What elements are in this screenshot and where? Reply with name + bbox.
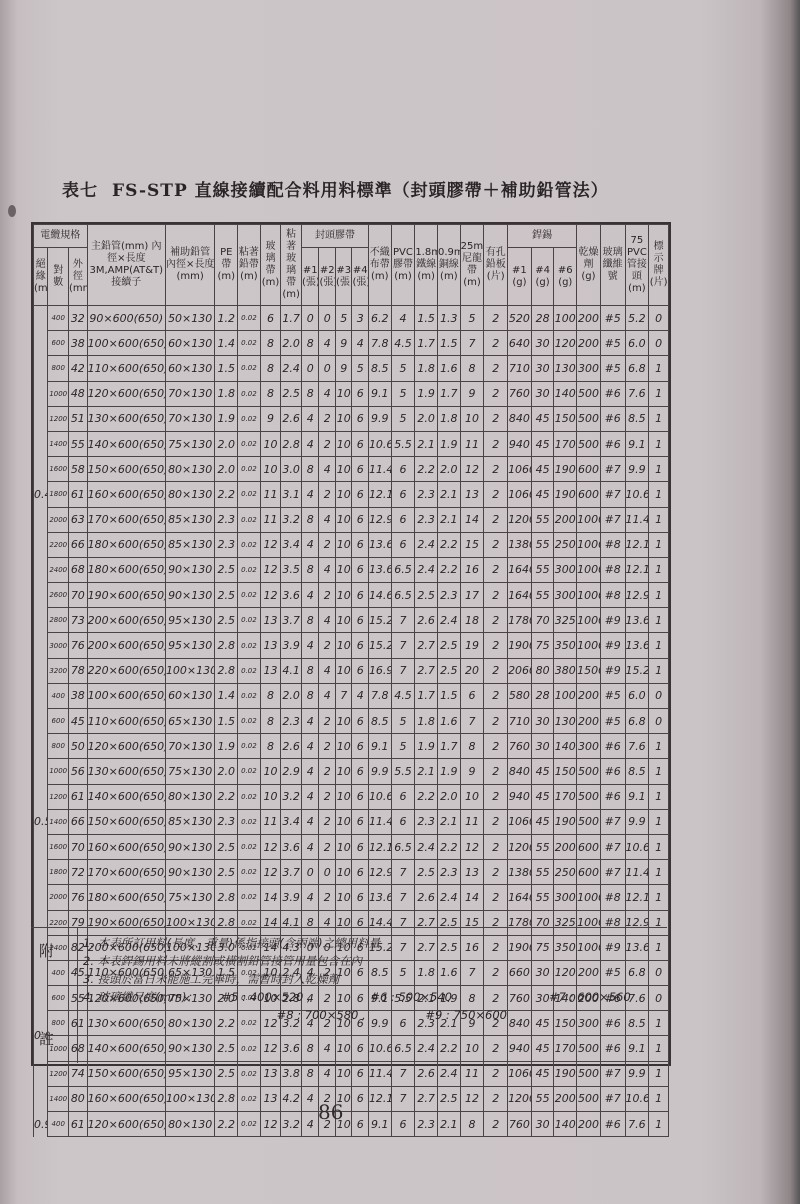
table-cell: 1 bbox=[649, 381, 669, 406]
table-cell: 10 bbox=[260, 784, 281, 809]
table-cell: 45 bbox=[531, 1061, 554, 1086]
header-end-cap-4: #4 (張) bbox=[352, 248, 368, 306]
table-row: 160070160×600(650)90×1302.50.02123.64210… bbox=[34, 834, 669, 859]
table-cell: 60×130 bbox=[165, 356, 214, 381]
header-iron-wire: 1.8mm 鐵線 (m) bbox=[415, 225, 438, 306]
table-cell: #6 bbox=[600, 784, 625, 809]
table-cell: 110×600(650) bbox=[87, 356, 165, 381]
table-cell: 13 bbox=[260, 633, 281, 658]
table-cell: 90×130 bbox=[165, 860, 214, 885]
table-cell: 51 bbox=[69, 406, 88, 431]
header-end-cap-3: #3 (張) bbox=[335, 248, 351, 306]
table-cell: 70×130 bbox=[165, 734, 214, 759]
table-cell: 61 bbox=[69, 482, 88, 507]
table-cell: #7 bbox=[600, 457, 625, 482]
table-cell: 2400 bbox=[48, 557, 69, 582]
table-cell: 2 bbox=[484, 431, 508, 456]
table-cell: 2.6 bbox=[415, 885, 438, 910]
table-cell: 10 bbox=[460, 784, 484, 809]
table-cell: 13 bbox=[460, 860, 484, 885]
table-cell: 1000 bbox=[48, 759, 69, 784]
header-glass-fiber-size: 玻璃纖維號 bbox=[600, 225, 625, 306]
table-cell: 19 bbox=[460, 633, 484, 658]
table-cell: 2 bbox=[319, 482, 335, 507]
table-cell: 38 bbox=[69, 683, 88, 708]
table-row: 200076180×600(650)75×1302.80.02143.94210… bbox=[34, 885, 669, 910]
table-cell: 500 bbox=[577, 1061, 601, 1086]
table-cell: 2 bbox=[484, 784, 508, 809]
table-cell: 70×130 bbox=[165, 406, 214, 431]
table-cell: 8 bbox=[301, 683, 319, 708]
table-cell: 4 bbox=[301, 1112, 319, 1137]
table-cell: 1.9 bbox=[415, 381, 438, 406]
table-cell: 4 bbox=[301, 583, 319, 608]
table-cell: 6 bbox=[352, 784, 368, 809]
table-cell: 120 bbox=[554, 331, 577, 356]
table-cell: 78 bbox=[69, 658, 88, 683]
table-cell: 500 bbox=[577, 1086, 601, 1111]
table-cell: 250 bbox=[554, 532, 577, 557]
header-perforated-lead: 有孔鉛板 (片) bbox=[484, 225, 508, 306]
table-cell: 200 bbox=[554, 834, 577, 859]
table-cell: 5.5 bbox=[391, 431, 415, 456]
table-cell: 10 bbox=[335, 834, 351, 859]
table-cell: 8 bbox=[260, 331, 281, 356]
table-cell: 1 bbox=[649, 658, 669, 683]
table-cell: 800 bbox=[48, 356, 69, 381]
size-5: #5 : 400×520 , bbox=[222, 988, 337, 1006]
table-cell: 45 bbox=[531, 406, 554, 431]
table-cell: 2.0 bbox=[215, 431, 238, 456]
table-cell: 170 bbox=[554, 784, 577, 809]
table-cell: 5 bbox=[391, 734, 415, 759]
table-cell: 2 bbox=[484, 683, 508, 708]
table-cell: 70 bbox=[531, 608, 554, 633]
table-cell: 130 bbox=[554, 356, 577, 381]
table-row: 320078220×600(650)100×1302.80.02134.1841… bbox=[34, 658, 669, 683]
table-cell: 70 bbox=[69, 583, 88, 608]
table-cell: 300 bbox=[554, 583, 577, 608]
table-cell: 90×600(650) bbox=[87, 306, 165, 331]
table-cell: 500 bbox=[577, 759, 601, 784]
table-cell: 13 bbox=[460, 482, 484, 507]
table-cell: 72 bbox=[69, 860, 88, 885]
table-cell: 600 bbox=[577, 482, 601, 507]
table-cell: 2 bbox=[484, 759, 508, 784]
table-cell: 4 bbox=[352, 331, 368, 356]
table-row: 140066150×600(650)85×1302.30.02113.44210… bbox=[34, 809, 669, 834]
table-cell: 1060 bbox=[508, 482, 532, 507]
table-cell: 1.3 bbox=[437, 306, 460, 331]
header-adhesive-lead-tape: 粘著鉛帶 (m) bbox=[238, 225, 261, 306]
table-cell: 2 bbox=[319, 431, 335, 456]
table-cell: 180×600(650) bbox=[87, 557, 165, 582]
header-marker-plate: 標示牌 (片) bbox=[649, 225, 669, 306]
table-cell: 110×600(650) bbox=[87, 709, 165, 734]
header-glass-tape: 玻璃帶 (m) bbox=[260, 225, 281, 306]
table-cell: 2.3 bbox=[415, 507, 438, 532]
table-cell: 1.5 bbox=[437, 331, 460, 356]
table-cell: 10 bbox=[335, 633, 351, 658]
header-pvc-tape: PVC膠帶 (m) bbox=[391, 225, 415, 306]
table-cell: 8 bbox=[260, 709, 281, 734]
table-cell: 1 bbox=[649, 507, 669, 532]
table-cell: 1 bbox=[649, 557, 669, 582]
header-adhesive-glass-tape: 粘著玻璃帶 (m) bbox=[281, 225, 302, 306]
table-cell: 13.6 bbox=[368, 532, 391, 557]
table-cell: 600 bbox=[577, 860, 601, 885]
table-cell: 2 bbox=[484, 1061, 508, 1086]
table-cell: 600 bbox=[48, 709, 69, 734]
table-cell: 100×130 bbox=[165, 658, 214, 683]
table-cell: 4 bbox=[319, 381, 335, 406]
table-cell: 10 bbox=[335, 583, 351, 608]
table-cell: 0 bbox=[649, 331, 669, 356]
table-cell: 4 bbox=[319, 507, 335, 532]
table-cell: 0.02 bbox=[238, 356, 261, 381]
table-cell: 1000 bbox=[48, 381, 69, 406]
table-cell: 45 bbox=[531, 809, 554, 834]
table-cell: 200 bbox=[577, 331, 601, 356]
table-cell: 95×130 bbox=[165, 633, 214, 658]
table-cell: 13.6 bbox=[625, 633, 649, 658]
note-item: 1. 本表所訂用料(長度、重量)係指接頭(含兩端)之總用料量 bbox=[83, 934, 631, 952]
table-cell: 1.7 bbox=[415, 331, 438, 356]
table-cell: 7 bbox=[460, 331, 484, 356]
table-cell: 2.4 bbox=[437, 1061, 460, 1086]
table-cell: 1.5 bbox=[437, 683, 460, 708]
table-cell: 55 bbox=[69, 431, 88, 456]
table-cell: 68 bbox=[69, 557, 88, 582]
table-cell: 10 bbox=[335, 457, 351, 482]
table-cell: 11.4 bbox=[368, 809, 391, 834]
table-cell: 8 bbox=[301, 331, 319, 356]
table-cell: 45 bbox=[531, 431, 554, 456]
table-cell: 580 bbox=[508, 683, 532, 708]
table-cell: 2 bbox=[484, 306, 508, 331]
table-cell: 1600 bbox=[48, 834, 69, 859]
table-cell: 1 bbox=[649, 1086, 669, 1111]
table-cell: 0 bbox=[649, 709, 669, 734]
table-cell: 1.4 bbox=[215, 331, 238, 356]
table-cell: 2.7 bbox=[415, 658, 438, 683]
table-cell: 100×600(650) bbox=[87, 683, 165, 708]
table-cell: 2.5 bbox=[437, 633, 460, 658]
header-outer-dia: 外徑 (mm) bbox=[69, 248, 88, 306]
table-cell: #7 bbox=[600, 860, 625, 885]
table-cell: 10 bbox=[260, 759, 281, 784]
table-cell: 8 bbox=[301, 608, 319, 633]
table-cell: 15.2 bbox=[625, 658, 649, 683]
table-cell: 200 bbox=[577, 1112, 601, 1137]
table-cell: 6.5 bbox=[391, 583, 415, 608]
table-cell: 6 bbox=[352, 507, 368, 532]
table-cell: 45 bbox=[531, 784, 554, 809]
table-cell: 2.5 bbox=[215, 608, 238, 633]
table-cell: 2.3 bbox=[437, 583, 460, 608]
table-cell: 1000 bbox=[577, 532, 601, 557]
table-row: 100056130×600(650)75×1302.00.02102.94210… bbox=[34, 759, 669, 784]
table-cell: 200 bbox=[577, 683, 601, 708]
table-cell: 2.1 bbox=[437, 809, 460, 834]
voltage-cell: 0.5 bbox=[34, 683, 48, 960]
table-cell: 6.8 bbox=[625, 709, 649, 734]
table-cell: 9.1 bbox=[368, 1112, 391, 1137]
table-cell: 0.02 bbox=[238, 683, 261, 708]
header-desiccant: 乾燥劑 (g) bbox=[577, 225, 601, 306]
table-cell: 220×600(650) bbox=[87, 658, 165, 683]
table-cell: 14 bbox=[260, 885, 281, 910]
table-cell: 2.0 bbox=[281, 683, 302, 708]
table-cell: 1000 bbox=[577, 885, 601, 910]
table-cell: 2.5 bbox=[215, 834, 238, 859]
table-cell: 6 bbox=[352, 885, 368, 910]
table-cell: 95×130 bbox=[165, 608, 214, 633]
table-cell: 170×600(650) bbox=[87, 507, 165, 532]
table-cell: 6 bbox=[352, 860, 368, 885]
note-item-sizes-2: #8 : 700×580 , #9 : 750×600 bbox=[83, 1006, 631, 1024]
table-cell: 1200 bbox=[48, 406, 69, 431]
table-cell: 10 bbox=[260, 431, 281, 456]
table-cell: 2.1 bbox=[437, 482, 460, 507]
table-cell: 30 bbox=[531, 381, 554, 406]
size-6: #6 : 500×540 bbox=[370, 988, 545, 1006]
table-cell: 800 bbox=[48, 734, 69, 759]
table-cell: 7.6 bbox=[625, 734, 649, 759]
table-cell: 3.8 bbox=[281, 1061, 302, 1086]
table-cell: 2 bbox=[484, 885, 508, 910]
table-cell: 170×600(650) bbox=[87, 860, 165, 885]
table-cell: 250 bbox=[554, 860, 577, 885]
table-cell: 1 bbox=[649, 1112, 669, 1137]
table-cell: 7.8 bbox=[368, 331, 391, 356]
table-cell: 2 bbox=[319, 406, 335, 431]
table-cell: 0.02 bbox=[238, 784, 261, 809]
table-cell: 380 bbox=[554, 658, 577, 683]
table-cell: 600 bbox=[48, 331, 69, 356]
table-cell: 73 bbox=[69, 608, 88, 633]
table-cell: 56 bbox=[69, 759, 88, 784]
table-cell: 2 bbox=[484, 583, 508, 608]
table-cell: 1.7 bbox=[437, 734, 460, 759]
table-cell: 90×130 bbox=[165, 557, 214, 582]
table-cell: #5 bbox=[600, 683, 625, 708]
table-cell: 1.8 bbox=[415, 356, 438, 381]
table-cell: 100 bbox=[554, 306, 577, 331]
table-cell: 760 bbox=[508, 1112, 532, 1137]
table-cell: 2.5 bbox=[215, 860, 238, 885]
table-cell: 200 bbox=[577, 306, 601, 331]
table-cell: 100×130 bbox=[165, 1086, 214, 1111]
table-cell: 30 bbox=[531, 331, 554, 356]
table-cell: 100×600(650) bbox=[87, 331, 165, 356]
table-row: 180072170×600(650)90×1302.50.02123.70010… bbox=[34, 860, 669, 885]
table-row: 0.44003290×600(650)50×1301.20.0261.70053… bbox=[34, 306, 669, 331]
table-cell: 80×130 bbox=[165, 482, 214, 507]
table-cell: 38 bbox=[69, 331, 88, 356]
table-cell: 8 bbox=[301, 507, 319, 532]
table-cell: 1060 bbox=[508, 1061, 532, 1086]
table-cell: 1200 bbox=[48, 1061, 69, 1086]
table-cell: #7 bbox=[600, 482, 625, 507]
table-cell: 10.6 bbox=[368, 431, 391, 456]
table-cell: 1 bbox=[649, 356, 669, 381]
table-cell: 6 bbox=[352, 406, 368, 431]
table-cell: 2 bbox=[484, 709, 508, 734]
table-cell: 1000 bbox=[577, 633, 601, 658]
table-cell: 6 bbox=[352, 583, 368, 608]
table-cell: 0.02 bbox=[238, 759, 261, 784]
table-cell: 2 bbox=[484, 658, 508, 683]
page-number: 86 bbox=[318, 1100, 343, 1124]
table-cell: 10 bbox=[335, 406, 351, 431]
table-cell: 2.8 bbox=[215, 1086, 238, 1111]
table-cell: 760 bbox=[508, 734, 532, 759]
table-cell: 2.7 bbox=[415, 633, 438, 658]
table-cell: 1 bbox=[649, 406, 669, 431]
table-cell: 32 bbox=[69, 306, 88, 331]
table-cell: 11.4 bbox=[625, 860, 649, 885]
table-cell: 95×130 bbox=[165, 1061, 214, 1086]
table-row: 60045110×600(650)65×1301.50.0282.3421068… bbox=[34, 709, 669, 734]
table-caption: FS-STP 直線接續配合料用料標準（封頭膠帶＋補助鉛管法） bbox=[112, 181, 609, 201]
table-cell: 3.0 bbox=[281, 457, 302, 482]
table-cell: 3.6 bbox=[281, 583, 302, 608]
table-cell: 2 bbox=[319, 784, 335, 809]
table-cell: 76 bbox=[69, 633, 88, 658]
table-cell: 2.8 bbox=[215, 633, 238, 658]
table-cell: 4 bbox=[301, 834, 319, 859]
table-cell: 2.5 bbox=[215, 1061, 238, 1086]
table-cell: 5 bbox=[335, 306, 351, 331]
table-cell: 4.1 bbox=[281, 658, 302, 683]
table-number: 表七 bbox=[62, 181, 98, 201]
table-cell: 190 bbox=[554, 457, 577, 482]
table-cell: 16.9 bbox=[368, 658, 391, 683]
table-cell: 120×600(650) bbox=[87, 734, 165, 759]
table-cell: 12 bbox=[260, 834, 281, 859]
table-cell: 8 bbox=[260, 734, 281, 759]
table-cell: 1.5 bbox=[215, 356, 238, 381]
table-row: 80042110×600(650)60×1301.50.0282.400958.… bbox=[34, 356, 669, 381]
table-cell: 10 bbox=[335, 1061, 351, 1086]
table-cell: 4 bbox=[301, 406, 319, 431]
table-cell: 12 bbox=[260, 860, 281, 885]
table-row: 260070190×600(650)90×1302.50.02123.64210… bbox=[34, 583, 669, 608]
table-cell: 45 bbox=[531, 482, 554, 507]
table-cell: 140 bbox=[554, 381, 577, 406]
table-cell: 48 bbox=[69, 381, 88, 406]
table-cell: 2 bbox=[484, 633, 508, 658]
table-cell: 8 bbox=[301, 658, 319, 683]
table-cell: 0.02 bbox=[238, 709, 261, 734]
table-cell: 2.8 bbox=[281, 431, 302, 456]
table-cell: 9.1 bbox=[368, 734, 391, 759]
table-cell: 180×600(650) bbox=[87, 532, 165, 557]
table-cell: 13 bbox=[260, 1086, 281, 1111]
table-cell: 150 bbox=[554, 759, 577, 784]
table-cell: 4 bbox=[391, 306, 415, 331]
table-cell: 7.6 bbox=[625, 381, 649, 406]
header-aux-lead-pipe: 補助鉛管 內徑×長度 (mm) bbox=[165, 225, 214, 306]
table-cell: 75 bbox=[531, 633, 554, 658]
table-cell: 10 bbox=[335, 709, 351, 734]
table-cell: 55 bbox=[531, 532, 554, 557]
table-cell: 200×600(650) bbox=[87, 608, 165, 633]
table-row: 300076200×600(650)95×1302.80.02133.94210… bbox=[34, 633, 669, 658]
table-cell: 1.9 bbox=[415, 734, 438, 759]
table-cell: 11 bbox=[260, 809, 281, 834]
table-cell: 8.5 bbox=[368, 356, 391, 381]
table-cell: 3.4 bbox=[281, 532, 302, 557]
table-cell: 0.02 bbox=[238, 381, 261, 406]
table-cell: 2.2 bbox=[415, 457, 438, 482]
table-cell: 2.0 bbox=[281, 331, 302, 356]
header-solder-4: #4 (g) bbox=[531, 248, 554, 306]
table-cell: 2.4 bbox=[281, 356, 302, 381]
table-cell: 3.9 bbox=[281, 633, 302, 658]
table-cell: 2.1 bbox=[415, 759, 438, 784]
table-cell: 2 bbox=[319, 734, 335, 759]
table-cell: 1000 bbox=[577, 507, 601, 532]
table-cell: 3 bbox=[352, 306, 368, 331]
table-cell: 15.2 bbox=[368, 608, 391, 633]
table-cell: 150 bbox=[554, 406, 577, 431]
table-cell: #7 bbox=[600, 809, 625, 834]
table-cell: 1380 bbox=[508, 860, 532, 885]
table-cell: 2.5 bbox=[215, 583, 238, 608]
size-9: #9 : 750×600 bbox=[425, 1006, 507, 1024]
notes-section: 附 註 1. 本表所訂用料(長度、重量)係指接頭(含兩端)之總用料量 2. 本表… bbox=[31, 927, 667, 1063]
table-cell: #5 bbox=[600, 306, 625, 331]
table-cell: 1900 bbox=[508, 633, 532, 658]
table-cell: 2060 bbox=[508, 658, 532, 683]
table-cell: 2.6 bbox=[281, 406, 302, 431]
table-cell: 66 bbox=[69, 532, 88, 557]
table-cell: 60×130 bbox=[165, 683, 214, 708]
table-cell: 8 bbox=[260, 356, 281, 381]
table-cell: 3.5 bbox=[281, 557, 302, 582]
table-cell: 2800 bbox=[48, 608, 69, 633]
table-cell: 80×130 bbox=[165, 457, 214, 482]
table-cell: 6.5 bbox=[391, 557, 415, 582]
table-cell: 2.8 bbox=[215, 885, 238, 910]
table-cell: 80 bbox=[531, 658, 554, 683]
table-cell: 1.7 bbox=[281, 306, 302, 331]
table-cell: 2.0 bbox=[415, 406, 438, 431]
table-cell: 61 bbox=[69, 1112, 88, 1137]
table-cell: 11.4 bbox=[368, 1061, 391, 1086]
table-cell: 840 bbox=[508, 406, 532, 431]
table-cell: 75×130 bbox=[165, 431, 214, 456]
voltage-cell: 0.4 bbox=[34, 306, 48, 684]
table-cell: 2.4 bbox=[415, 834, 438, 859]
note-item: 3. 接頭於當日未能施工完畢時，需暫時封入乾燥劑 bbox=[83, 970, 631, 988]
table-cell: 9 bbox=[335, 356, 351, 381]
table-cell: 10.6 bbox=[625, 1086, 649, 1111]
table-cell: 30 bbox=[531, 734, 554, 759]
table-cell: 2 bbox=[484, 809, 508, 834]
table-cell: 5.2 bbox=[625, 306, 649, 331]
table-cell: 11 bbox=[260, 482, 281, 507]
table-cell: 2 bbox=[319, 885, 335, 910]
table-cell: 6 bbox=[260, 306, 281, 331]
table-cell: 4 bbox=[301, 809, 319, 834]
table-cell: 170 bbox=[554, 431, 577, 456]
table-cell: 17 bbox=[460, 583, 484, 608]
table-cell: 10.6 bbox=[368, 784, 391, 809]
table-cell: 940 bbox=[508, 431, 532, 456]
